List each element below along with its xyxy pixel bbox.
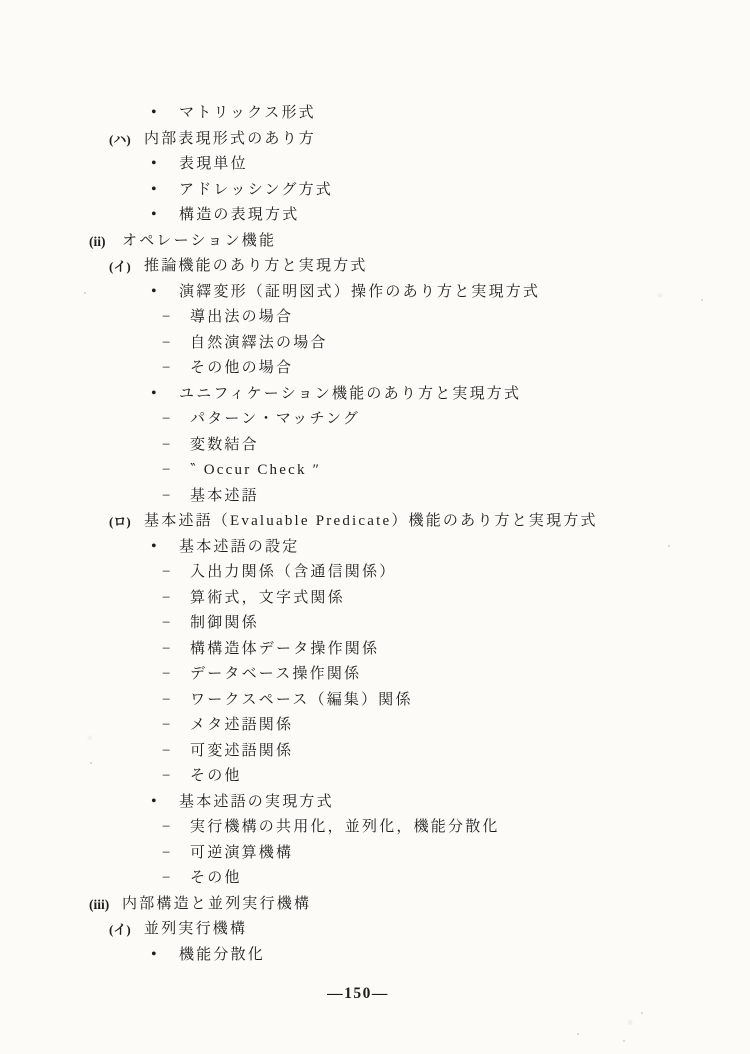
dash-icon: −: [162, 718, 190, 732]
bullet-icon: •: [151, 157, 179, 171]
outline-item-text: 基本述語（Evaluable Predicate）機能のあり方と実現方式: [144, 514, 598, 529]
dash-icon: −: [162, 744, 190, 758]
dash-icon: −: [162, 642, 190, 656]
outline-item-text: 基本述語: [190, 489, 259, 504]
list-marker: (ロ): [109, 514, 144, 529]
outline-list: •マトリックス形式(ハ)内部表現形式のあり方•表現単位•アドレッシング方式•構造…: [0, 106, 750, 973]
outline-item: (ロ)基本述語（Evaluable Predicate）機能のあり方と実現方式: [0, 514, 750, 529]
outline-item-text: データベース操作関係: [190, 667, 361, 682]
outline-item-text: 構造の表現方式: [179, 208, 299, 223]
outline-item: −算術式，文字式関係: [0, 591, 750, 606]
dash-icon: −: [162, 616, 190, 630]
outline-item: −その他の場合: [0, 361, 750, 376]
outline-item: −ワークスペース（編集）関係: [0, 693, 750, 708]
dash-icon: −: [162, 361, 190, 375]
dash-icon: −: [162, 438, 190, 452]
outline-item: −構構造体データ操作関係: [0, 642, 750, 657]
outline-item-text: ワークスペース（編集）関係: [190, 693, 413, 708]
outline-item: −その他: [0, 769, 750, 784]
list-marker: (ハ): [109, 132, 144, 147]
dash-icon: −: [162, 820, 190, 834]
bullet-icon: •: [151, 795, 179, 809]
outline-item-text: メタ述語関係: [190, 718, 293, 733]
outline-item: •演繹変形（証明図式）操作のあり方と実現方式: [0, 285, 750, 300]
outline-item-text: その他の場合: [190, 361, 293, 376]
outline-item: −可逆演算機構: [0, 846, 750, 861]
dash-icon: −: [162, 846, 190, 860]
scan-speck: [623, 1040, 625, 1042]
outline-item-text: 並列実行機構: [144, 922, 247, 937]
dash-icon: −: [162, 667, 190, 681]
list-marker: (イ): [109, 922, 144, 937]
outline-item: −基本述語: [0, 489, 750, 504]
outline-item-text: マトリックス形式: [179, 106, 316, 121]
outline-item-text: オペレーション機能: [122, 234, 276, 249]
bullet-icon: •: [151, 540, 179, 554]
outline-item: −‶ Occur Check ″: [0, 463, 750, 478]
outline-item-text: 実行機構の共用化，並列化，機能分散化: [190, 820, 500, 835]
scan-speck: [641, 1012, 643, 1014]
outline-item-text: 内部構造と並列実行機構: [122, 897, 311, 912]
outline-item: −メタ述語関係: [0, 718, 750, 733]
outline-item-text: 変数結合: [190, 438, 259, 453]
dash-icon: −: [162, 591, 190, 605]
outline-item-text: 演繹変形（証明図式）操作のあり方と実現方式: [179, 285, 540, 300]
bullet-icon: •: [151, 387, 179, 401]
list-marker: (iii): [89, 897, 122, 912]
dash-icon: −: [162, 871, 190, 885]
outline-item-text: 基本述語の実現方式: [179, 795, 334, 810]
outline-item-text: 可逆演算機構: [190, 846, 293, 861]
outline-item: •アドレッシング方式: [0, 183, 750, 198]
outline-item-text: アドレッシング方式: [179, 183, 333, 198]
outline-item-text: パターン・マッチング: [190, 412, 360, 427]
dash-icon: −: [162, 565, 190, 579]
outline-item-text: その他: [190, 769, 242, 784]
page-number: —150—: [0, 985, 716, 1003]
bullet-icon: •: [151, 948, 179, 962]
dash-icon: −: [162, 693, 190, 707]
dash-icon: −: [162, 412, 190, 426]
list-marker: (イ): [109, 259, 144, 274]
outline-item: •表現単位: [0, 157, 750, 172]
outline-item-text: 導出法の場合: [190, 310, 293, 325]
bullet-icon: •: [151, 106, 179, 120]
outline-item-text: 算術式，文字式関係: [190, 591, 345, 606]
outline-item-text: 構構造体データ操作関係: [190, 642, 379, 657]
bullet-icon: •: [151, 183, 179, 197]
outline-item-text: 推論機能のあり方と実現方式: [144, 259, 368, 274]
outline-item: −変数結合: [0, 438, 750, 453]
scan-speck: [577, 1033, 579, 1035]
outline-item: •基本述語の実現方式: [0, 795, 750, 810]
dash-icon: −: [162, 310, 190, 324]
dash-icon: −: [162, 336, 190, 350]
outline-item: •構造の表現方式: [0, 208, 750, 223]
outline-item-text: 入出力関係（含通信関係）: [190, 565, 396, 580]
outline-item-text: 内部表現形式のあり方: [144, 132, 316, 147]
scanned-document-page: { "page": { "number_label": "—150—" }, "…: [0, 0, 750, 1054]
outline-item: −制御関係: [0, 616, 750, 631]
outline-item-text: 表現単位: [179, 157, 248, 172]
dash-icon: −: [162, 489, 190, 503]
outline-item: (イ)推論機能のあり方と実現方式: [0, 259, 750, 274]
outline-item-text: 自然演繹法の場合: [190, 336, 328, 351]
outline-item-text: 基本述語の設定: [179, 540, 299, 555]
outline-item: −実行機構の共用化，並列化，機能分散化: [0, 820, 750, 835]
bullet-icon: •: [151, 285, 179, 299]
outline-item: •ユニフィケーション機能のあり方と実現方式: [0, 387, 750, 402]
list-marker: (ii): [89, 234, 122, 249]
outline-item-text: ‶ Occur Check ″: [190, 463, 321, 478]
outline-item: (ハ)内部表現形式のあり方: [0, 132, 750, 147]
outline-item: −パターン・マッチング: [0, 412, 750, 427]
outline-item: (iii)内部構造と並列実行機構: [0, 897, 750, 912]
outline-item-text: 可変述語関係: [190, 744, 293, 759]
outline-item: −導出法の場合: [0, 310, 750, 325]
outline-item-text: ユニフィケーション機能のあり方と実現方式: [179, 387, 521, 402]
outline-item: (ii)オペレーション機能: [0, 234, 750, 249]
outline-item: •基本述語の設定: [0, 540, 750, 555]
bullet-icon: •: [151, 208, 179, 222]
outline-item: −その他: [0, 871, 750, 886]
outline-item-text: その他: [190, 871, 242, 886]
outline-item-text: 制御関係: [190, 616, 259, 631]
outline-item: •マトリックス形式: [0, 106, 750, 121]
outline-item-text: 機能分散化: [179, 948, 265, 963]
dash-icon: −: [162, 463, 190, 477]
outline-item: −自然演繹法の場合: [0, 336, 750, 351]
outline-item: (イ)並列実行機構: [0, 922, 750, 937]
outline-item: −データベース操作関係: [0, 667, 750, 682]
dash-icon: −: [162, 769, 190, 783]
outline-item: −入出力関係（含通信関係）: [0, 565, 750, 580]
outline-item: −可変述語関係: [0, 744, 750, 759]
outline-item: •機能分散化: [0, 948, 750, 963]
